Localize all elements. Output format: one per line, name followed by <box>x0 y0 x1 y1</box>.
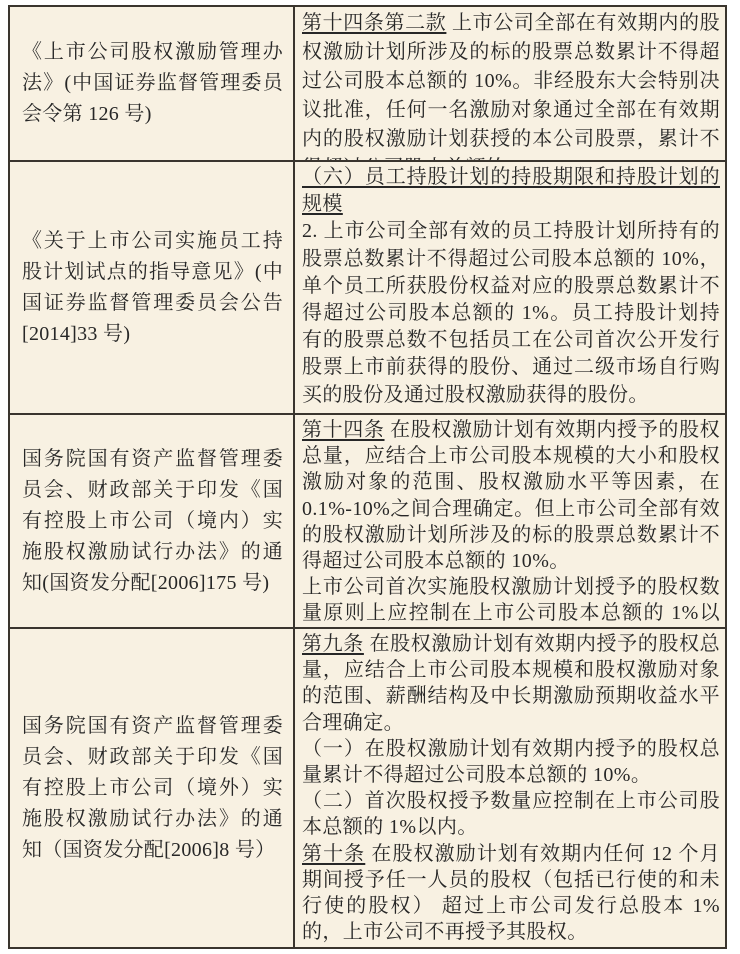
table-row: 国务院国有资产监督管理委员会、财政部关于印发《国有控股上市公司（境外）实施股权激… <box>10 627 725 947</box>
provision-paragraph: （六）员工持股计划的持股期限和持股计划的规模 <box>302 164 720 218</box>
regulation-cell: 国务院国有资产监督管理委员会、财政部关于印发《国有控股上市公司（境外）实施股权激… <box>10 629 295 947</box>
table-row: 国务院国有资产监督管理委员会、财政部关于印发《国有控股上市公司（境内）实施股权激… <box>10 413 725 627</box>
provision-cell: （六）员工持股计划的持股期限和持股计划的规模2. 上市公司全部有效的员工持股计划… <box>295 162 725 413</box>
regulation-cell-text: 《上市公司股权激励管理办法》(中国证券监督管理委员会令第 126 号) <box>22 37 283 130</box>
provision-term-underlined: 第九条 <box>302 633 364 655</box>
provision-text: （二）首次股权授予数量应控制在上市公司股本总额的 1%以内。 <box>302 790 720 838</box>
provision-cell: 第十四条第二款 上市公司全部在有效期内的股权激励计划所涉及的标的股票总数累计不得… <box>295 7 725 160</box>
provision-paragraph: （二）首次股权授予数量应控制在上市公司股本总额的 1%以内。 <box>302 788 720 840</box>
provision-text: （一）在股权激励计划有效期内授予的股权总量累计不得超过公司股本总额的 10%。 <box>302 738 720 786</box>
provision-text: 2. 上市公司全部有效的员工持股计划所持有的股票总数累计不得超过公司股本总额的 … <box>302 220 720 405</box>
regulation-cell: 《上市公司股权激励管理办法》(中国证券监督管理委员会令第 126 号) <box>10 7 295 160</box>
provision-text: 上市公司首次实施股权激励计划授予的股权数量原则上应控制在上市公司股本总额的 1%… <box>302 576 720 627</box>
provision-paragraph: 2. 上市公司全部有效的员工持股计划所持有的股票总数累计不得超过公司股本总额的 … <box>302 218 720 408</box>
document-page: 《上市公司股权激励管理办法》(中国证券监督管理委员会令第 126 号) 第十四条… <box>0 0 740 954</box>
regulation-cell-text: 国务院国有资产监督管理委员会、财政部关于印发《国有控股上市公司（境内）实施股权激… <box>22 444 283 599</box>
table-row: 《关于上市公司实施员工持股计划试点的指导意见》(中国证券监督管理委员会公告[20… <box>10 160 725 413</box>
provision-term-underlined: 第十四条 <box>302 419 385 441</box>
provision-cell: 第九条 在股权激励计划有效期内授予的股权总量，应结合上市公司股本规模和股权激励对… <box>295 629 725 947</box>
provision-paragraph: 第九条 在股权激励计划有效期内授予的股权总量，应结合上市公司股本规模和股权激励对… <box>302 631 720 736</box>
regulation-table: 《上市公司股权激励管理办法》(中国证券监督管理委员会令第 126 号) 第十四条… <box>8 5 727 949</box>
regulation-cell: 《关于上市公司实施员工持股计划试点的指导意见》(中国证券监督管理委员会公告[20… <box>10 162 295 413</box>
regulation-cell-text: 国务院国有资产监督管理委员会、财政部关于印发《国有控股上市公司（境外）实施股权激… <box>22 711 283 866</box>
provision-cell: 第十四条 在股权激励计划有效期内授予的股权总量，应结合上市公司股本规模的大小和股… <box>295 415 725 627</box>
provision-text: 在股权激励计划有效期内任何 12 个月期间授予任一人员的股权（包括已行使的和未行… <box>302 843 720 944</box>
provision-paragraph: 第十条 在股权激励计划有效期内任何 12 个月期间授予任一人员的股权（包括已行使… <box>302 841 720 946</box>
provision-paragraph: （一）在股权激励计划有效期内授予的股权总量累计不得超过公司股本总额的 10%。 <box>302 736 720 788</box>
provision-text: 在股权激励计划有效期内授予的股权总量，应结合上市公司股本规模和股权激励对象的范围… <box>302 633 720 734</box>
provision-text: 在股权激励计划有效期内授予的股权总量，应结合上市公司股本规模的大小和股权激励对象… <box>302 419 720 572</box>
provision-term-underlined: 第十四条第二款 <box>302 12 446 34</box>
provision-paragraph: 第十四条第二款 上市公司全部在有效期内的股权激励计划所涉及的标的股票总数累计不得… <box>302 9 720 160</box>
provision-paragraph: 第十四条 在股权激励计划有效期内授予的股权总量，应结合上市公司股本规模的大小和股… <box>302 417 720 574</box>
table-row: 《上市公司股权激励管理办法》(中国证券监督管理委员会令第 126 号) 第十四条… <box>10 7 725 160</box>
regulation-cell-text: 《关于上市公司实施员工持股计划试点的指导意见》(中国证券监督管理委员会公告[20… <box>22 226 283 350</box>
provision-paragraph: 上市公司首次实施股权激励计划授予的股权数量原则上应控制在上市公司股本总额的 1%… <box>302 574 720 627</box>
provision-text: 上市公司全部在有效期内的股权激励计划所涉及的标的股票总数累计不得超过公司股本总额… <box>302 12 720 160</box>
provision-term-underlined: 第十条 <box>302 843 365 865</box>
regulation-cell: 国务院国有资产监督管理委员会、财政部关于印发《国有控股上市公司（境内）实施股权激… <box>10 415 295 627</box>
provision-term-underlined: （六）员工持股计划的持股期限和持股计划的规模 <box>302 166 720 215</box>
